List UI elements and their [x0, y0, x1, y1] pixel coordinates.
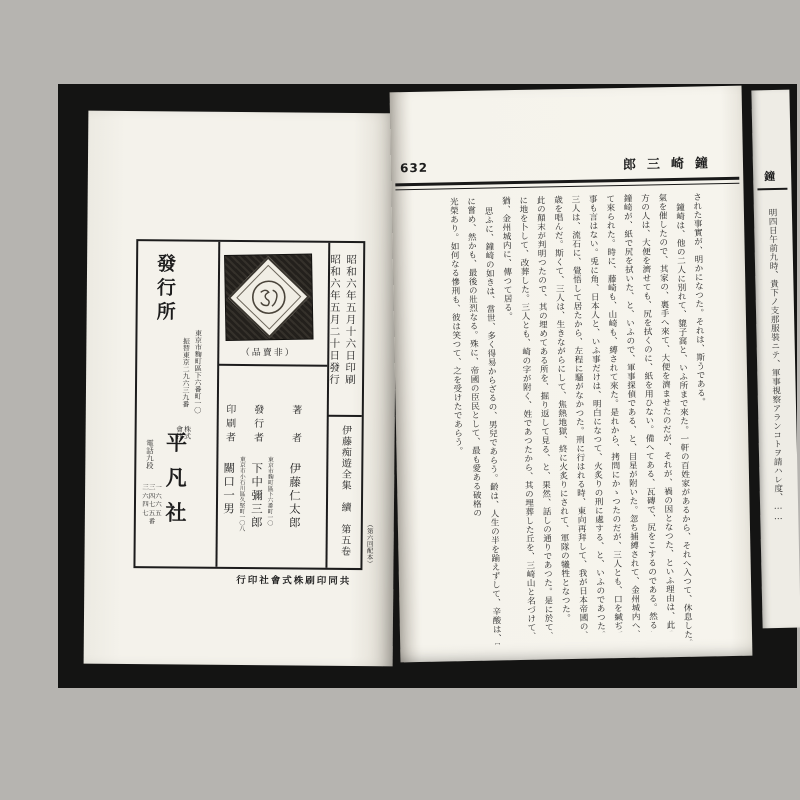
phone-number-row: 六四六	[140, 492, 164, 501]
publisher-role-label: 發行者	[249, 404, 264, 446]
body-column: 猶、金州城内に、傳つて居る。	[499, 196, 518, 634]
not-for-sale-label: （品賣非）	[221, 345, 315, 359]
publisher-person-address: 東京市麴町區下六番町一〇	[265, 456, 273, 526]
printer-role-label: 印刷者	[221, 404, 236, 446]
author-name: 伊藤仁太郎	[287, 462, 304, 530]
body-column: 氣を催したので、其家の、裏手へ來て、大便を濟ませたのだが、それが、禍の因となつた…	[656, 193, 675, 631]
author-role-label: 著 者	[287, 404, 302, 446]
header-rule-thick	[395, 177, 739, 187]
phone-number-row: 四七六	[140, 500, 164, 509]
body-column: 此の顛末が判明つたので、其の埋めてある所を、掘り返して見る、と、果然、話しの通り…	[534, 195, 553, 633]
phone-numbers: 三三一 六四六 四七六 七五五 番	[140, 483, 164, 526]
author-seal-icon	[249, 278, 288, 317]
body-column: に嘗め、然かも、最後の壯烈なる。殊に、帝國の臣民として、最も愛ある破格の	[465, 197, 484, 635]
published-date: 昭和六年五月二十日發行	[327, 254, 343, 386]
body-column: 思ふに、鐘崎の如きは、當世、多く得易からざるの、男兒であらう。齡は、人生の半を踰…	[482, 196, 502, 644]
body-column: 鐘崎が、紙で尻を拭いた、と、いふので、軍事探偵である、と、目星が附いた。忽ち捕縛…	[621, 194, 640, 632]
phone-number-row: 七五五	[140, 509, 164, 518]
next-leaf-head-char: 鐘	[764, 168, 775, 184]
body-column: 方の人は、大便を濟せても、尻を拭くのに、紙を用ひない。備へてある、瓦磚で、尻をこ…	[638, 193, 657, 631]
page-number: 632	[400, 161, 428, 176]
body-text-page: 632 郎三崎鐘 された事實が、明かになつた。それは、斯うである。 鐘崎は、他の…	[390, 86, 753, 663]
body-column: された事實が、明かになつた。それは、斯うである。	[691, 192, 710, 630]
body-text-columns: された事實が、明かになつた。それは、斯うである。 鐘崎は、他の二人に別れて、貔子…	[442, 192, 710, 635]
body-column: 歳を唱んだ。斯くて、三人は、生きながらにして、焦熱地獄、終に火炙りにされて、軍隊…	[551, 195, 570, 633]
publishing-house-label: 發行所	[152, 253, 180, 325]
body-column: 鐘崎は、他の二人に別れて、貔子窩と、いふ所まで來た。一軒の百姓家があるから、それ…	[673, 193, 693, 641]
publisher-company-name: 平凡社	[160, 431, 191, 536]
body-column: 三人は、流石に、覺悟して居たから、左程に騷がなかつた。刑に行はれる時、東向再拜し…	[569, 195, 588, 633]
body-column: て來られた。時に、藤崎も、山崎も、縛されて來た。是れから、拷問にかゝつたのだが、…	[604, 194, 623, 632]
box-divider-stamp	[218, 364, 327, 366]
phone-exchange-label: 電話九段	[144, 439, 155, 469]
next-leaf-header-rule	[757, 188, 787, 191]
body-column: 事も言はない。兎に角、日本人と、いふ事だけは、明白になつて、火炙りの刑に處する、…	[586, 194, 605, 632]
printed-date: 昭和六年五月十六日印刷	[343, 254, 359, 386]
publisher-person-name: 下中彌三郎	[249, 462, 266, 530]
kenin-seal-stamp	[225, 254, 312, 339]
distribution-note: （第六回配本）	[365, 521, 374, 567]
publishing-house-address: 東京市麴町區下六番町一〇	[194, 330, 203, 414]
body-column: 光榮あり。如何なる慘刑も、彼は笑つて、之を受けたであらう。	[447, 197, 466, 635]
colophon-box: 昭和六年五月十六日印刷 昭和六年五月二十日發行 伊藤痴遊全集 續 第五卷 （品賣…	[133, 239, 365, 570]
series-volume-title: 伊藤痴遊全集 續 第五卷	[337, 425, 353, 557]
printer-person-name: 關口一男	[221, 462, 237, 516]
box-divider-left	[215, 242, 219, 567]
colophon-page: 昭和六年五月十六日印刷 昭和六年五月二十日發行 伊藤痴遊全集 續 第五卷 （品賣…	[84, 111, 398, 667]
body-column: に地を卜して、改葬した。三人とも、崎の字が附く、姓であつたから、其の埋葬した丘を…	[517, 196, 536, 634]
scanned-book-photo: { "left_page": { "colophon": { "printed_…	[0, 0, 800, 800]
phone-unit-row: 番	[140, 517, 164, 526]
printer-person-address: 東京市小石川區久堅町一〇八	[237, 456, 245, 531]
running-head: 郎三崎鐘	[623, 152, 719, 173]
phone-number-row: 三三一	[140, 483, 164, 492]
box-divider-series	[328, 415, 362, 417]
postal-transfer-account: 振替東京二九六三九番	[182, 337, 191, 407]
printer-imprint-line: 行印社會式株刷印同共	[236, 572, 358, 587]
next-leaf-column: 明四日午前九時、貴下ノ支那服裝ニテ、軍事視察アランコトヲ請ハレ度、……	[766, 208, 786, 616]
